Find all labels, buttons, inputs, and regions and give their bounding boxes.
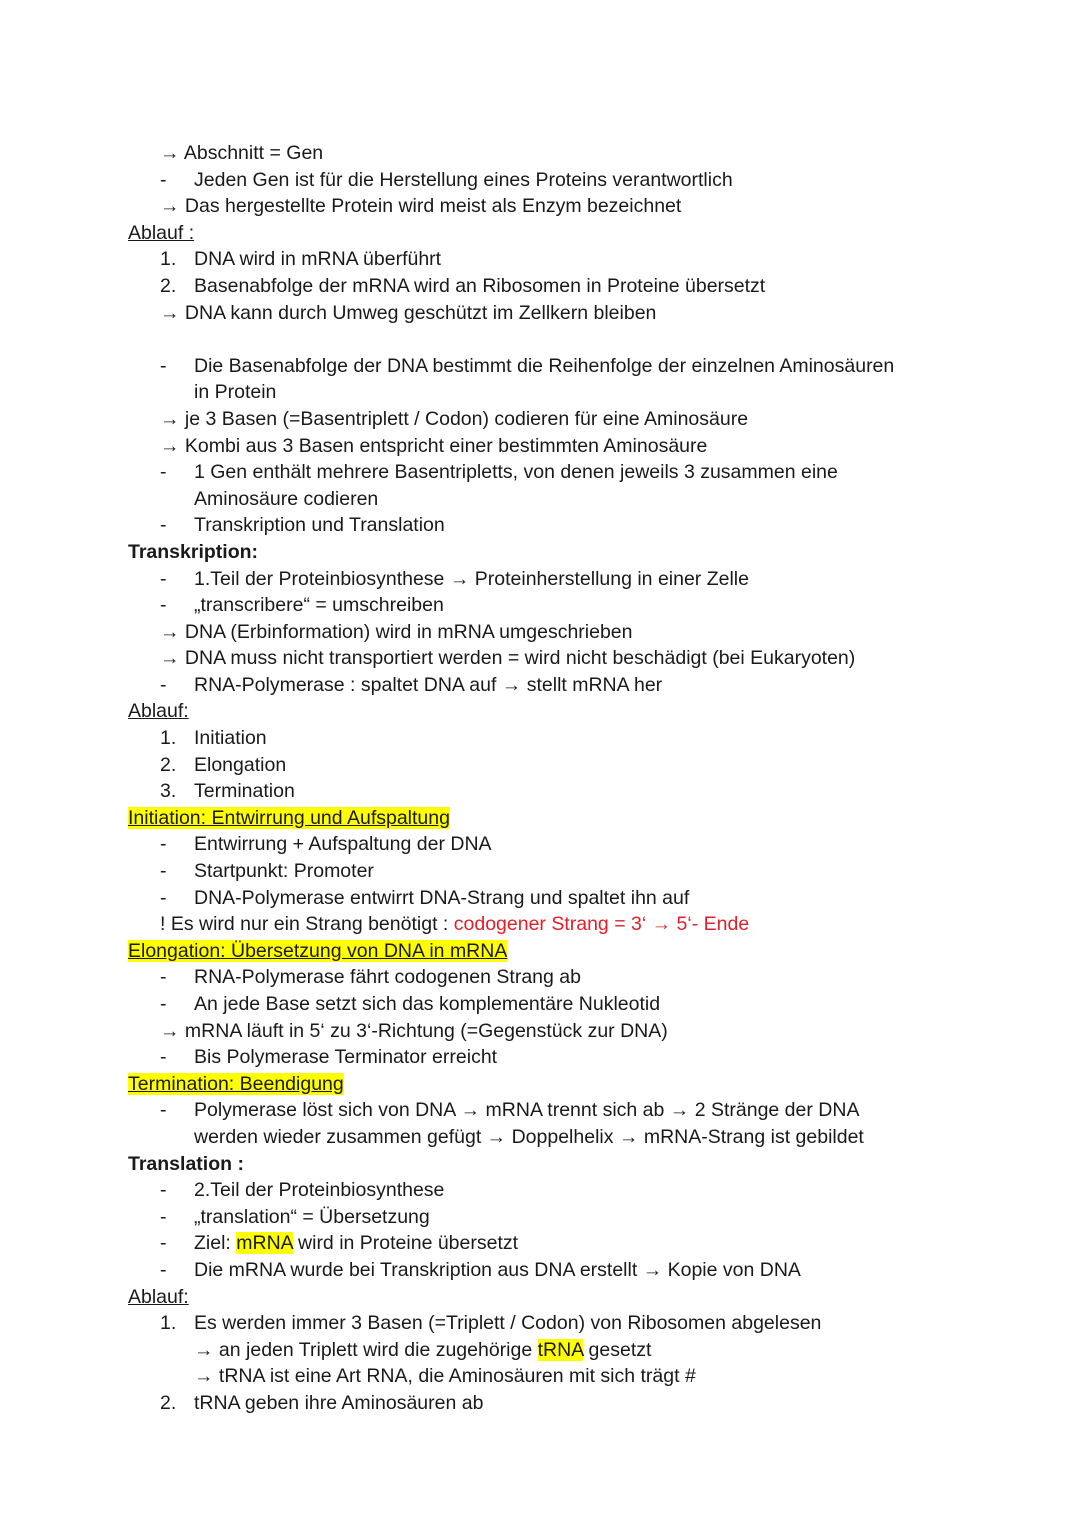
arrow-icon: →	[160, 142, 180, 164]
bullet-line: -Entwirrung + Aufspaltung der DNA	[0, 831, 1080, 858]
numbered-item: 1.Initiation	[0, 725, 1080, 752]
bullet-line: -RNA-Polymerase fährt codogenen Strang a…	[0, 964, 1080, 991]
heading-initiation: Initiation: Entwirrung und Aufspaltung	[0, 805, 1080, 832]
dash-bullet: -	[160, 885, 194, 912]
arrow-icon: →	[502, 674, 522, 696]
arrow-line: → tRNA ist eine Art RNA, die Aminosäuren…	[0, 1363, 1080, 1390]
bullet-continuation: in Protein	[0, 379, 1080, 406]
dash-bullet: -	[160, 991, 194, 1018]
dash-bullet: -	[160, 1097, 194, 1124]
note-line: ! Es wird nur ein Strang benötigt : codo…	[0, 911, 1080, 938]
dash-bullet: -	[160, 353, 194, 380]
bullet-line: -Jeden Gen ist für die Herstellung eines…	[0, 167, 1080, 194]
arrow-icon: →	[160, 647, 180, 669]
arrow-line: → DNA kann durch Umweg geschützt im Zell…	[0, 300, 1080, 327]
arrow-line: → mRNA läuft in 5‘ zu 3‘-Richtung (=Gege…	[0, 1018, 1080, 1045]
arrow-line: → Abschnitt = Gen	[0, 140, 1080, 167]
dash-bullet: -	[160, 1257, 194, 1284]
arrow-line: → an jeden Triplett wird die zugehörige …	[0, 1337, 1080, 1364]
dash-bullet: -	[160, 592, 194, 619]
heading-elongation: Elongation: Übersetzung von DNA in mRNA	[0, 938, 1080, 965]
dash-bullet: -	[160, 672, 194, 699]
red-note: codogener Strang = 3‘ → 5‘- Ende	[454, 913, 749, 935]
arrow-icon: →	[160, 435, 180, 457]
dash-bullet: -	[160, 964, 194, 991]
dash-bullet: -	[160, 858, 194, 885]
arrow-icon: →	[619, 1126, 639, 1148]
arrow-line: → DNA (Erbinformation) wird in mRNA umge…	[0, 619, 1080, 646]
numbered-item: 3.Termination	[0, 778, 1080, 805]
dash-bullet: -	[160, 167, 194, 194]
heading-transkription: Transkription:	[0, 539, 1080, 566]
arrow-icon: →	[643, 1259, 663, 1281]
dash-bullet: -	[160, 459, 194, 486]
bullet-line: -Bis Polymerase Terminator erreicht	[0, 1044, 1080, 1071]
bullet-line: -Polymerase löst sich von DNA → mRNA tre…	[0, 1097, 1080, 1124]
dash-bullet: -	[160, 512, 194, 539]
numbered-item: 2.Elongation	[0, 752, 1080, 779]
bullet-line: -Startpunkt: Promoter	[0, 858, 1080, 885]
document-page: → Abschnitt = Gen -Jeden Gen ist für die…	[0, 140, 1080, 1417]
section-label-ablauf: Ablauf:	[0, 698, 1080, 725]
arrow-icon: →	[450, 568, 470, 590]
arrow-line: → Das hergestellte Protein wird meist al…	[0, 193, 1080, 220]
bullet-line: -Ziel: mRNA wird in Proteine übersetzt	[0, 1230, 1080, 1257]
bullet-line: -DNA-Polymerase entwirrt DNA-Strang und …	[0, 885, 1080, 912]
bullet-line: -„translation“ = Übersetzung	[0, 1204, 1080, 1231]
numbered-item: 2.tRNA geben ihre Aminosäuren ab	[0, 1390, 1080, 1417]
bullet-continuation: Aminosäure codieren	[0, 486, 1080, 513]
arrow-icon: →	[194, 1339, 214, 1361]
bullet-line: -Die mRNA wurde bei Transkription aus DN…	[0, 1257, 1080, 1284]
dash-bullet: -	[160, 1044, 194, 1071]
dash-bullet: -	[160, 831, 194, 858]
arrow-line: → Kombi aus 3 Basen entspricht einer bes…	[0, 433, 1080, 460]
arrow-icon: →	[160, 1020, 180, 1042]
arrow-icon: →	[160, 621, 180, 643]
arrow-line: → je 3 Basen (=Basentriplett / Codon) co…	[0, 406, 1080, 433]
dash-bullet: -	[160, 1230, 194, 1257]
dash-bullet: -	[160, 1204, 194, 1231]
bullet-line: -Die Basenabfolge der DNA bestimmt die R…	[0, 353, 1080, 380]
numbered-item: 2.Basenabfolge der mRNA wird an Ribosome…	[0, 273, 1080, 300]
dash-bullet: -	[160, 1177, 194, 1204]
arrow-icon: →	[487, 1126, 507, 1148]
section-label-ablauf: Ablauf :	[0, 220, 1080, 247]
dash-bullet: -	[160, 566, 194, 593]
arrow-icon: →	[160, 408, 180, 430]
arrow-icon: →	[461, 1099, 481, 1121]
bullet-continuation: werden wieder zusammen gefügt → Doppelhe…	[0, 1124, 1080, 1151]
heading-translation: Translation :	[0, 1151, 1080, 1178]
arrow-icon: →	[670, 1099, 690, 1121]
bullet-line: -Transkription und Translation	[0, 512, 1080, 539]
numbered-item: 1.DNA wird in mRNA überführt	[0, 246, 1080, 273]
arrow-icon: →	[652, 913, 672, 935]
section-label-ablauf: Ablauf:	[0, 1284, 1080, 1311]
bullet-line: -„transcribere“ = umschreiben	[0, 592, 1080, 619]
bullet-line: -1 Gen enthält mehrere Basentripletts, v…	[0, 459, 1080, 486]
highlight-mrna: mRNA	[236, 1232, 292, 1254]
arrow-line: → DNA muss nicht transportiert werden = …	[0, 645, 1080, 672]
bullet-line: -1.Teil der Proteinbiosynthese → Protein…	[0, 566, 1080, 593]
bullet-line: -An jede Base setzt sich das komplementä…	[0, 991, 1080, 1018]
arrow-icon: →	[160, 302, 180, 324]
arrow-icon: →	[194, 1365, 214, 1387]
bullet-line: -2.Teil der Proteinbiosynthese	[0, 1177, 1080, 1204]
highlight-trna: tRNA	[538, 1339, 584, 1361]
arrow-icon: →	[160, 195, 180, 217]
numbered-item: 1.Es werden immer 3 Basen (=Triplett / C…	[0, 1310, 1080, 1337]
bullet-line: -RNA-Polymerase : spaltet DNA auf → stel…	[0, 672, 1080, 699]
heading-termination: Termination: Beendigung	[0, 1071, 1080, 1098]
